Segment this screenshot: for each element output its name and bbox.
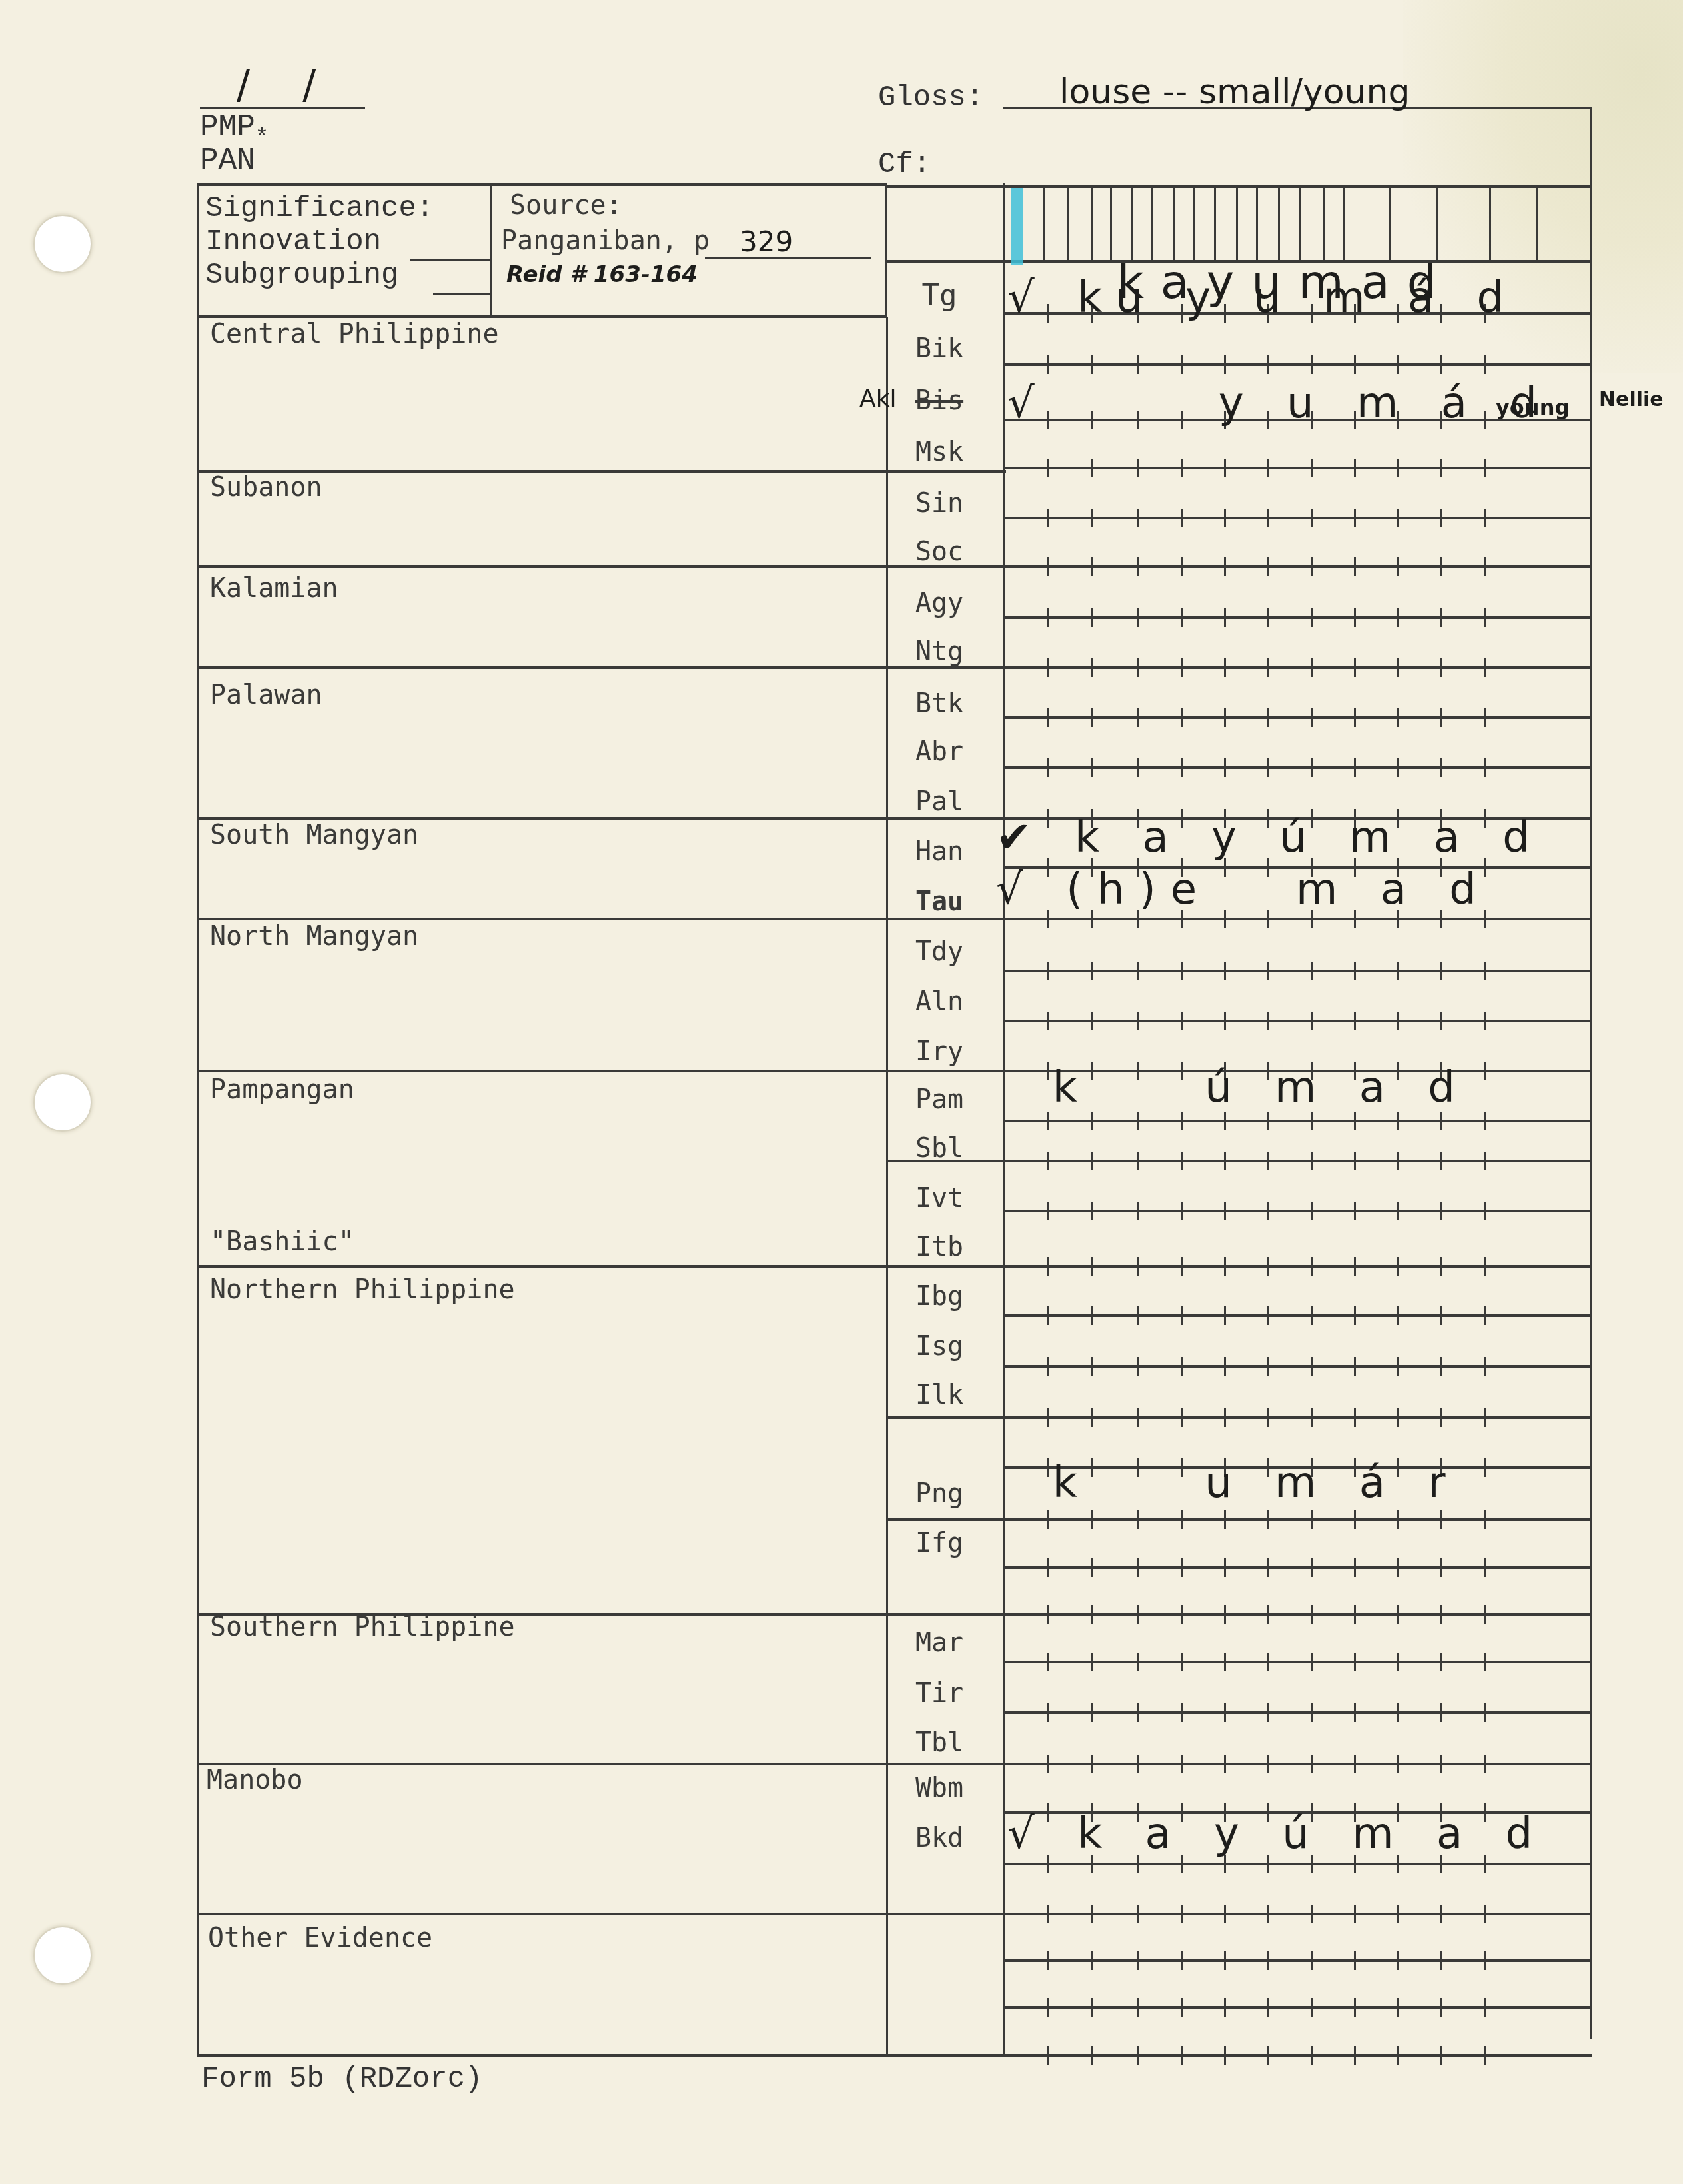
lang-code-bik: Bik: [883, 333, 996, 364]
group-subanon: Subanon: [210, 472, 322, 503]
tick-mark: [1047, 355, 1049, 374]
lang-code-abr: Abr: [883, 736, 996, 767]
tick-mark: [1397, 1112, 1399, 1130]
significance-title: Significance:: [205, 192, 434, 225]
tick-mark: [1440, 962, 1442, 980]
tick-mark: [1267, 1605, 1269, 1624]
tick-mark: [1311, 1152, 1313, 1170]
tick-mark: [1267, 658, 1269, 677]
ruled-line: [1004, 1210, 1592, 1212]
tick-mark: [1224, 1905, 1226, 1923]
pmp-star: *: [255, 125, 269, 151]
recon-cell-divider: [1489, 187, 1491, 260]
tick-mark: [1181, 1112, 1183, 1130]
ruled-line: [1004, 1518, 1592, 1521]
tick-mark: [1484, 758, 1486, 777]
tick-mark: [1397, 1306, 1399, 1325]
tick-mark: [1311, 459, 1313, 477]
tick-mark: [1440, 1257, 1442, 1276]
tick-mark: [1484, 1605, 1486, 1624]
tick-mark: [1311, 355, 1313, 374]
tick-mark: [1484, 1202, 1486, 1220]
entry-han[interactable]: ✔ k a y ú m a d: [996, 813, 1544, 862]
tick-mark: [1224, 1605, 1226, 1624]
tick-mark: [1137, 1703, 1139, 1722]
tick-mark: [1354, 1605, 1356, 1624]
tick-mark: [1397, 1558, 1399, 1577]
source-page[interactable]: 329: [740, 225, 793, 258]
tick-mark: [1047, 1112, 1049, 1130]
tick-mark: [1137, 1202, 1139, 1220]
lang-code-btk: Btk: [883, 688, 996, 719]
tick-mark: [1484, 1653, 1486, 1671]
lang-code-ivt: Ivt: [883, 1183, 996, 1214]
tick-mark: [1397, 1408, 1399, 1427]
tick-mark: [1267, 557, 1269, 576]
innovation-blank[interactable]: [410, 259, 490, 261]
tick-mark: [1137, 1653, 1139, 1671]
tick-mark: [1047, 962, 1049, 980]
tick-mark: [1091, 1703, 1093, 1722]
tick-mark: [1440, 1998, 1442, 2017]
entry-akl[interactable]: √ y u m á d: [1007, 379, 1552, 428]
tick-mark: [1137, 1510, 1139, 1529]
source-page-underline: [705, 257, 871, 259]
tick-mark: [1354, 1408, 1356, 1427]
tick-mark: [1311, 1605, 1313, 1624]
tick-mark: [1137, 1357, 1139, 1376]
group-kalamian: Kalamian: [210, 573, 338, 604]
tick-mark: [1354, 708, 1356, 727]
highlight-mark: [1011, 188, 1023, 265]
sig-box-top: [197, 183, 886, 186]
tick-mark: [1311, 509, 1313, 527]
tick-mark: [1311, 1306, 1313, 1325]
tick-mark: [1484, 1703, 1486, 1722]
tick-mark: [1440, 1510, 1442, 1529]
tick-mark: [1354, 1703, 1356, 1722]
tick-mark: [1440, 708, 1442, 727]
tick-mark: [1354, 658, 1356, 677]
tick-mark: [1047, 1905, 1049, 1923]
tick-mark: [1484, 355, 1486, 374]
entry-png[interactable]: k u m á r: [996, 1458, 1460, 1508]
tick-mark: [1267, 1703, 1269, 1722]
tick-mark: [1440, 1905, 1442, 1923]
subgrouping-blank[interactable]: [433, 293, 490, 295]
tick-mark: [1484, 1112, 1486, 1130]
tick-mark: [1397, 509, 1399, 527]
tick-mark: [1047, 1012, 1049, 1030]
tick-mark: [1267, 1012, 1269, 1030]
tick-mark: [1440, 1152, 1442, 1170]
tick-mark: [1224, 608, 1226, 627]
tick-mark: [1047, 1605, 1049, 1624]
lang-code-tdy: Tdy: [883, 936, 996, 967]
entry-tg[interactable]: √ ku y u m á d: [1007, 273, 1518, 323]
tick-mark: [1311, 1998, 1313, 2017]
entry-pam[interactable]: k ú m a d: [996, 1063, 1470, 1112]
tick-mark: [1224, 2046, 1226, 2065]
group-southern-philippine: Southern Philippine: [210, 1612, 515, 1642]
tick-mark: [1484, 2046, 1486, 2065]
tick-mark: [1091, 459, 1093, 477]
tick-mark: [1311, 1257, 1313, 1276]
tick-mark: [1091, 1112, 1093, 1130]
tick-mark: [1091, 1306, 1093, 1325]
tick-mark: [1181, 1605, 1183, 1624]
lang-code-bkd: Bkd: [883, 1823, 996, 1853]
ruled-line: [1004, 1661, 1592, 1663]
tick-mark: [1397, 1905, 1399, 1923]
tick-mark: [1224, 758, 1226, 777]
tick-mark: [1397, 1012, 1399, 1030]
tick-mark: [1224, 962, 1226, 980]
tick-mark: [1484, 1951, 1486, 1970]
cf-label: Cf:: [878, 148, 931, 181]
tick-mark: [1181, 708, 1183, 727]
ruled-line: [1004, 1416, 1592, 1419]
group-north-mangyan: North Mangyan: [210, 921, 418, 952]
tick-mark: [1484, 1905, 1486, 1923]
tick-mark: [1181, 1905, 1183, 1923]
tick-mark: [1181, 1998, 1183, 2017]
tick-mark: [1091, 1905, 1093, 1923]
tick-mark: [1440, 509, 1442, 527]
tick-mark: [1354, 1510, 1356, 1529]
tick-mark: [1091, 509, 1093, 527]
group-palawan: Palawan: [210, 680, 322, 710]
tick-mark: [1224, 1112, 1226, 1130]
tick-mark: [1311, 2046, 1313, 2065]
ruled-line: [1004, 2054, 1592, 2057]
lang-code-tir: Tir: [883, 1678, 996, 1709]
tick-mark: [1137, 758, 1139, 777]
tick-mark: [1354, 1558, 1356, 1577]
tick-mark: [1137, 1998, 1139, 2017]
tick-mark: [1224, 1653, 1226, 1671]
tick-mark: [1181, 459, 1183, 477]
tick-mark: [1484, 1510, 1486, 1529]
ruled-line: [1004, 1120, 1592, 1122]
tick-mark: [1181, 658, 1183, 677]
tick-mark: [1440, 1755, 1442, 1773]
tick-mark: [1311, 1357, 1313, 1376]
tick-mark: [1484, 1012, 1486, 1030]
tick-mark: [1091, 1951, 1093, 1970]
tick-mark: [1224, 1152, 1226, 1170]
tick-mark: [1311, 758, 1313, 777]
lang-code-png: Png: [883, 1478, 996, 1509]
group-sep: [197, 918, 1006, 920]
tick-mark: [1354, 608, 1356, 627]
ruled-line: [1004, 1711, 1592, 1714]
tick-mark: [1267, 1112, 1269, 1130]
tick-mark: [1047, 608, 1049, 627]
tick-mark: [1181, 2046, 1183, 2065]
tick-mark: [1354, 1012, 1356, 1030]
tick-mark: [1137, 1408, 1139, 1427]
tick-mark: [1181, 1152, 1183, 1170]
slash-marks: / /: [237, 61, 336, 108]
tick-mark: [1354, 1905, 1356, 1923]
tick-mark: [1267, 1306, 1269, 1325]
tick-mark: [1311, 1202, 1313, 1220]
tick-mark: [1440, 658, 1442, 677]
sig-source-divider: [490, 183, 492, 317]
tick-mark: [1397, 459, 1399, 477]
tick-mark: [1484, 1755, 1486, 1773]
tick-mark: [1181, 1755, 1183, 1773]
tick-mark: [1137, 355, 1139, 374]
tick-mark: [1047, 658, 1049, 677]
tick-mark: [1397, 1653, 1399, 1671]
tick-mark: [1224, 1012, 1226, 1030]
tick-mark: [1181, 509, 1183, 527]
tick-mark: [1397, 962, 1399, 980]
tick-mark: [1397, 1998, 1399, 2017]
innovation-label: Innovation: [205, 225, 381, 259]
tick-mark: [1267, 962, 1269, 980]
tick-mark: [1047, 758, 1049, 777]
tick-mark: [1137, 459, 1139, 477]
tick-mark: [1311, 1755, 1313, 1773]
tick-mark: [1311, 708, 1313, 727]
ruled-line: [1004, 1566, 1592, 1569]
ruled-line: [1004, 666, 1592, 669]
tick-mark: [1311, 1510, 1313, 1529]
tick-mark: [1484, 708, 1486, 727]
tick-mark: [1181, 1703, 1183, 1722]
gloss-right-edge: [1590, 107, 1592, 2039]
tick-mark: [1181, 1012, 1183, 1030]
tick-mark: [1091, 1408, 1093, 1427]
tick-mark: [1440, 758, 1442, 777]
tick-mark: [1267, 608, 1269, 627]
tick-mark: [1224, 1357, 1226, 1376]
tick-mark: [1397, 557, 1399, 576]
tick-mark: [1181, 608, 1183, 627]
tick-mark: [1137, 509, 1139, 527]
tick-mark: [1440, 1558, 1442, 1577]
tick-mark: [1311, 557, 1313, 576]
lang-sep-ilk: [886, 1416, 1006, 1419]
ruled-line: [1004, 1365, 1592, 1368]
tick-mark: [1484, 658, 1486, 677]
tick-mark: [1181, 962, 1183, 980]
tick-mark: [1137, 557, 1139, 576]
tick-mark: [1091, 1998, 1093, 2017]
tick-mark: [1137, 1012, 1139, 1030]
tick-mark: [1181, 1408, 1183, 1427]
tick-mark: [1267, 1202, 1269, 1220]
tick-mark: [1397, 608, 1399, 627]
tick-mark: [1091, 1755, 1093, 1773]
tick-mark: [1354, 557, 1356, 576]
source-reference: Panganiban, p: [501, 225, 710, 256]
tick-mark: [1397, 1703, 1399, 1722]
tick-mark: [1047, 1202, 1049, 1220]
lang-code-tau: Tau: [883, 886, 996, 917]
ruled-line: [1004, 1265, 1592, 1268]
tick-mark: [1137, 2046, 1139, 2065]
group-sep: [197, 1070, 1006, 1072]
lang-code-isg: Isg: [883, 1331, 996, 1362]
tick-mark: [1440, 1408, 1442, 1427]
entry-tau[interactable]: √ (h)e m a d: [996, 865, 1491, 914]
tick-mark: [1354, 1653, 1356, 1671]
ruled-line: [1004, 1314, 1592, 1317]
ruled-line: [1004, 1913, 1592, 1915]
group-sep: [197, 1763, 1006, 1765]
tick-mark: [1440, 557, 1442, 576]
lang-code-iry: Iry: [883, 1036, 996, 1067]
lang-code-ibg: Ibg: [883, 1281, 996, 1312]
tick-mark: [1047, 1357, 1049, 1376]
tick-mark: [1047, 1558, 1049, 1577]
tick-mark: [1354, 1257, 1356, 1276]
tick-mark: [1137, 1257, 1139, 1276]
tick-mark: [1484, 1998, 1486, 2017]
tick-mark: [1181, 557, 1183, 576]
lang-code-ifg: Ifg: [883, 1528, 996, 1558]
tick-mark: [1354, 962, 1356, 980]
tick-mark: [1181, 1951, 1183, 1970]
tick-mark: [1440, 608, 1442, 627]
annotation-young: young: [1496, 395, 1570, 420]
tick-mark: [1440, 1357, 1442, 1376]
tick-mark: [1091, 758, 1093, 777]
tick-mark: [1047, 509, 1049, 527]
tick-mark: [1311, 962, 1313, 980]
lang-code-tbl: Tbl: [883, 1727, 996, 1758]
ruled-line: [1004, 1613, 1592, 1616]
tick-mark: [1354, 1112, 1356, 1130]
tick-mark: [1091, 1202, 1093, 1220]
tick-mark: [1484, 1357, 1486, 1376]
tick-mark: [1267, 1257, 1269, 1276]
tick-mark: [1047, 1152, 1049, 1170]
tick-mark: [1137, 1306, 1139, 1325]
group-sep: [197, 1265, 1006, 1268]
lang-code-pam: Pam: [883, 1084, 996, 1115]
tick-mark: [1181, 1306, 1183, 1325]
tick-mark: [1354, 355, 1356, 374]
ruled-line: [1004, 467, 1592, 469]
tick-mark: [1354, 2046, 1356, 2065]
tick-mark: [1440, 1951, 1442, 1970]
tick-mark: [1484, 1152, 1486, 1170]
group-pampangan: Pampangan: [210, 1074, 354, 1105]
tick-mark: [1484, 1408, 1486, 1427]
tick-mark: [1311, 1905, 1313, 1923]
tick-mark: [1091, 658, 1093, 677]
tick-mark: [1354, 758, 1356, 777]
source-note: Reid # 163-164: [506, 261, 698, 288]
tick-mark: [1354, 509, 1356, 527]
tick-mark: [1267, 1653, 1269, 1671]
tick-mark: [1224, 557, 1226, 576]
lang-code-sin: Sin: [883, 488, 996, 519]
ruled-line: [1004, 918, 1592, 920]
tick-mark: [1047, 1408, 1049, 1427]
tick-mark: [1440, 355, 1442, 374]
tick-mark: [1224, 1510, 1226, 1529]
tick-mark: [1484, 962, 1486, 980]
tick-mark: [1091, 1257, 1093, 1276]
tick-mark: [1267, 1152, 1269, 1170]
entry-bkd[interactable]: √ k a y ú m a d: [1007, 1809, 1547, 1859]
tick-mark: [1440, 1605, 1442, 1624]
source-label: Source:: [510, 190, 622, 221]
tick-mark: [1354, 1306, 1356, 1325]
tick-mark: [1091, 1510, 1093, 1529]
tick-mark: [1267, 1998, 1269, 2017]
lang-sep-png: [886, 1518, 1006, 1521]
ruled-line: [1004, 517, 1592, 519]
tick-mark: [1137, 1951, 1139, 1970]
tick-mark: [1047, 1703, 1049, 1722]
tick-mark: [1311, 1653, 1313, 1671]
tick-mark: [1224, 509, 1226, 527]
gloss-value[interactable]: louse -- small/young: [1059, 72, 1410, 112]
tick-mark: [1397, 758, 1399, 777]
recon-cell-divider: [1536, 187, 1538, 260]
tick-mark: [1267, 355, 1269, 374]
ruled-line: [1004, 766, 1592, 769]
tick-mark: [1397, 708, 1399, 727]
ruled-line: [1004, 716, 1592, 719]
tick-mark: [1047, 1257, 1049, 1276]
subgrouping-label: Subgrouping: [205, 259, 398, 292]
tick-mark: [1354, 1951, 1356, 1970]
tick-mark: [1224, 355, 1226, 374]
form-label: Form 5b (RDZorc): [201, 2063, 482, 2096]
tick-mark: [1397, 1202, 1399, 1220]
tick-mark: [1311, 1112, 1313, 1130]
tick-mark: [1181, 355, 1183, 374]
tick-mark: [1354, 1202, 1356, 1220]
tick-mark: [1091, 1012, 1093, 1030]
tick-mark: [1181, 1257, 1183, 1276]
tick-mark: [1267, 509, 1269, 527]
tick-mark: [1397, 1605, 1399, 1624]
tick-mark: [1137, 1755, 1139, 1773]
tick-mark: [1267, 2046, 1269, 2065]
tick-mark: [1440, 459, 1442, 477]
tick-mark: [1267, 459, 1269, 477]
tick-mark: [1397, 355, 1399, 374]
binder-hole-middle: [33, 1073, 92, 1132]
tick-mark: [1091, 1653, 1093, 1671]
tick-mark: [1397, 1257, 1399, 1276]
recon-top: [999, 185, 1591, 188]
ruled-line: [1004, 1020, 1592, 1022]
tick-mark: [1484, 1558, 1486, 1577]
gloss-label: Gloss:: [878, 81, 983, 115]
tick-mark: [1267, 1951, 1269, 1970]
lang-code-mar: Mar: [883, 1628, 996, 1658]
tick-mark: [1047, 557, 1049, 576]
tick-mark: [1484, 1062, 1486, 1080]
ruled-line: [1004, 363, 1592, 366]
tick-mark: [1181, 1510, 1183, 1529]
lang-code-wbm: Wbm: [883, 1773, 996, 1803]
tick-mark: [1267, 1558, 1269, 1577]
lang-code-ilk: Ilk: [883, 1380, 996, 1410]
lang-code-han: Han: [883, 836, 996, 867]
tick-mark: [1047, 1653, 1049, 1671]
